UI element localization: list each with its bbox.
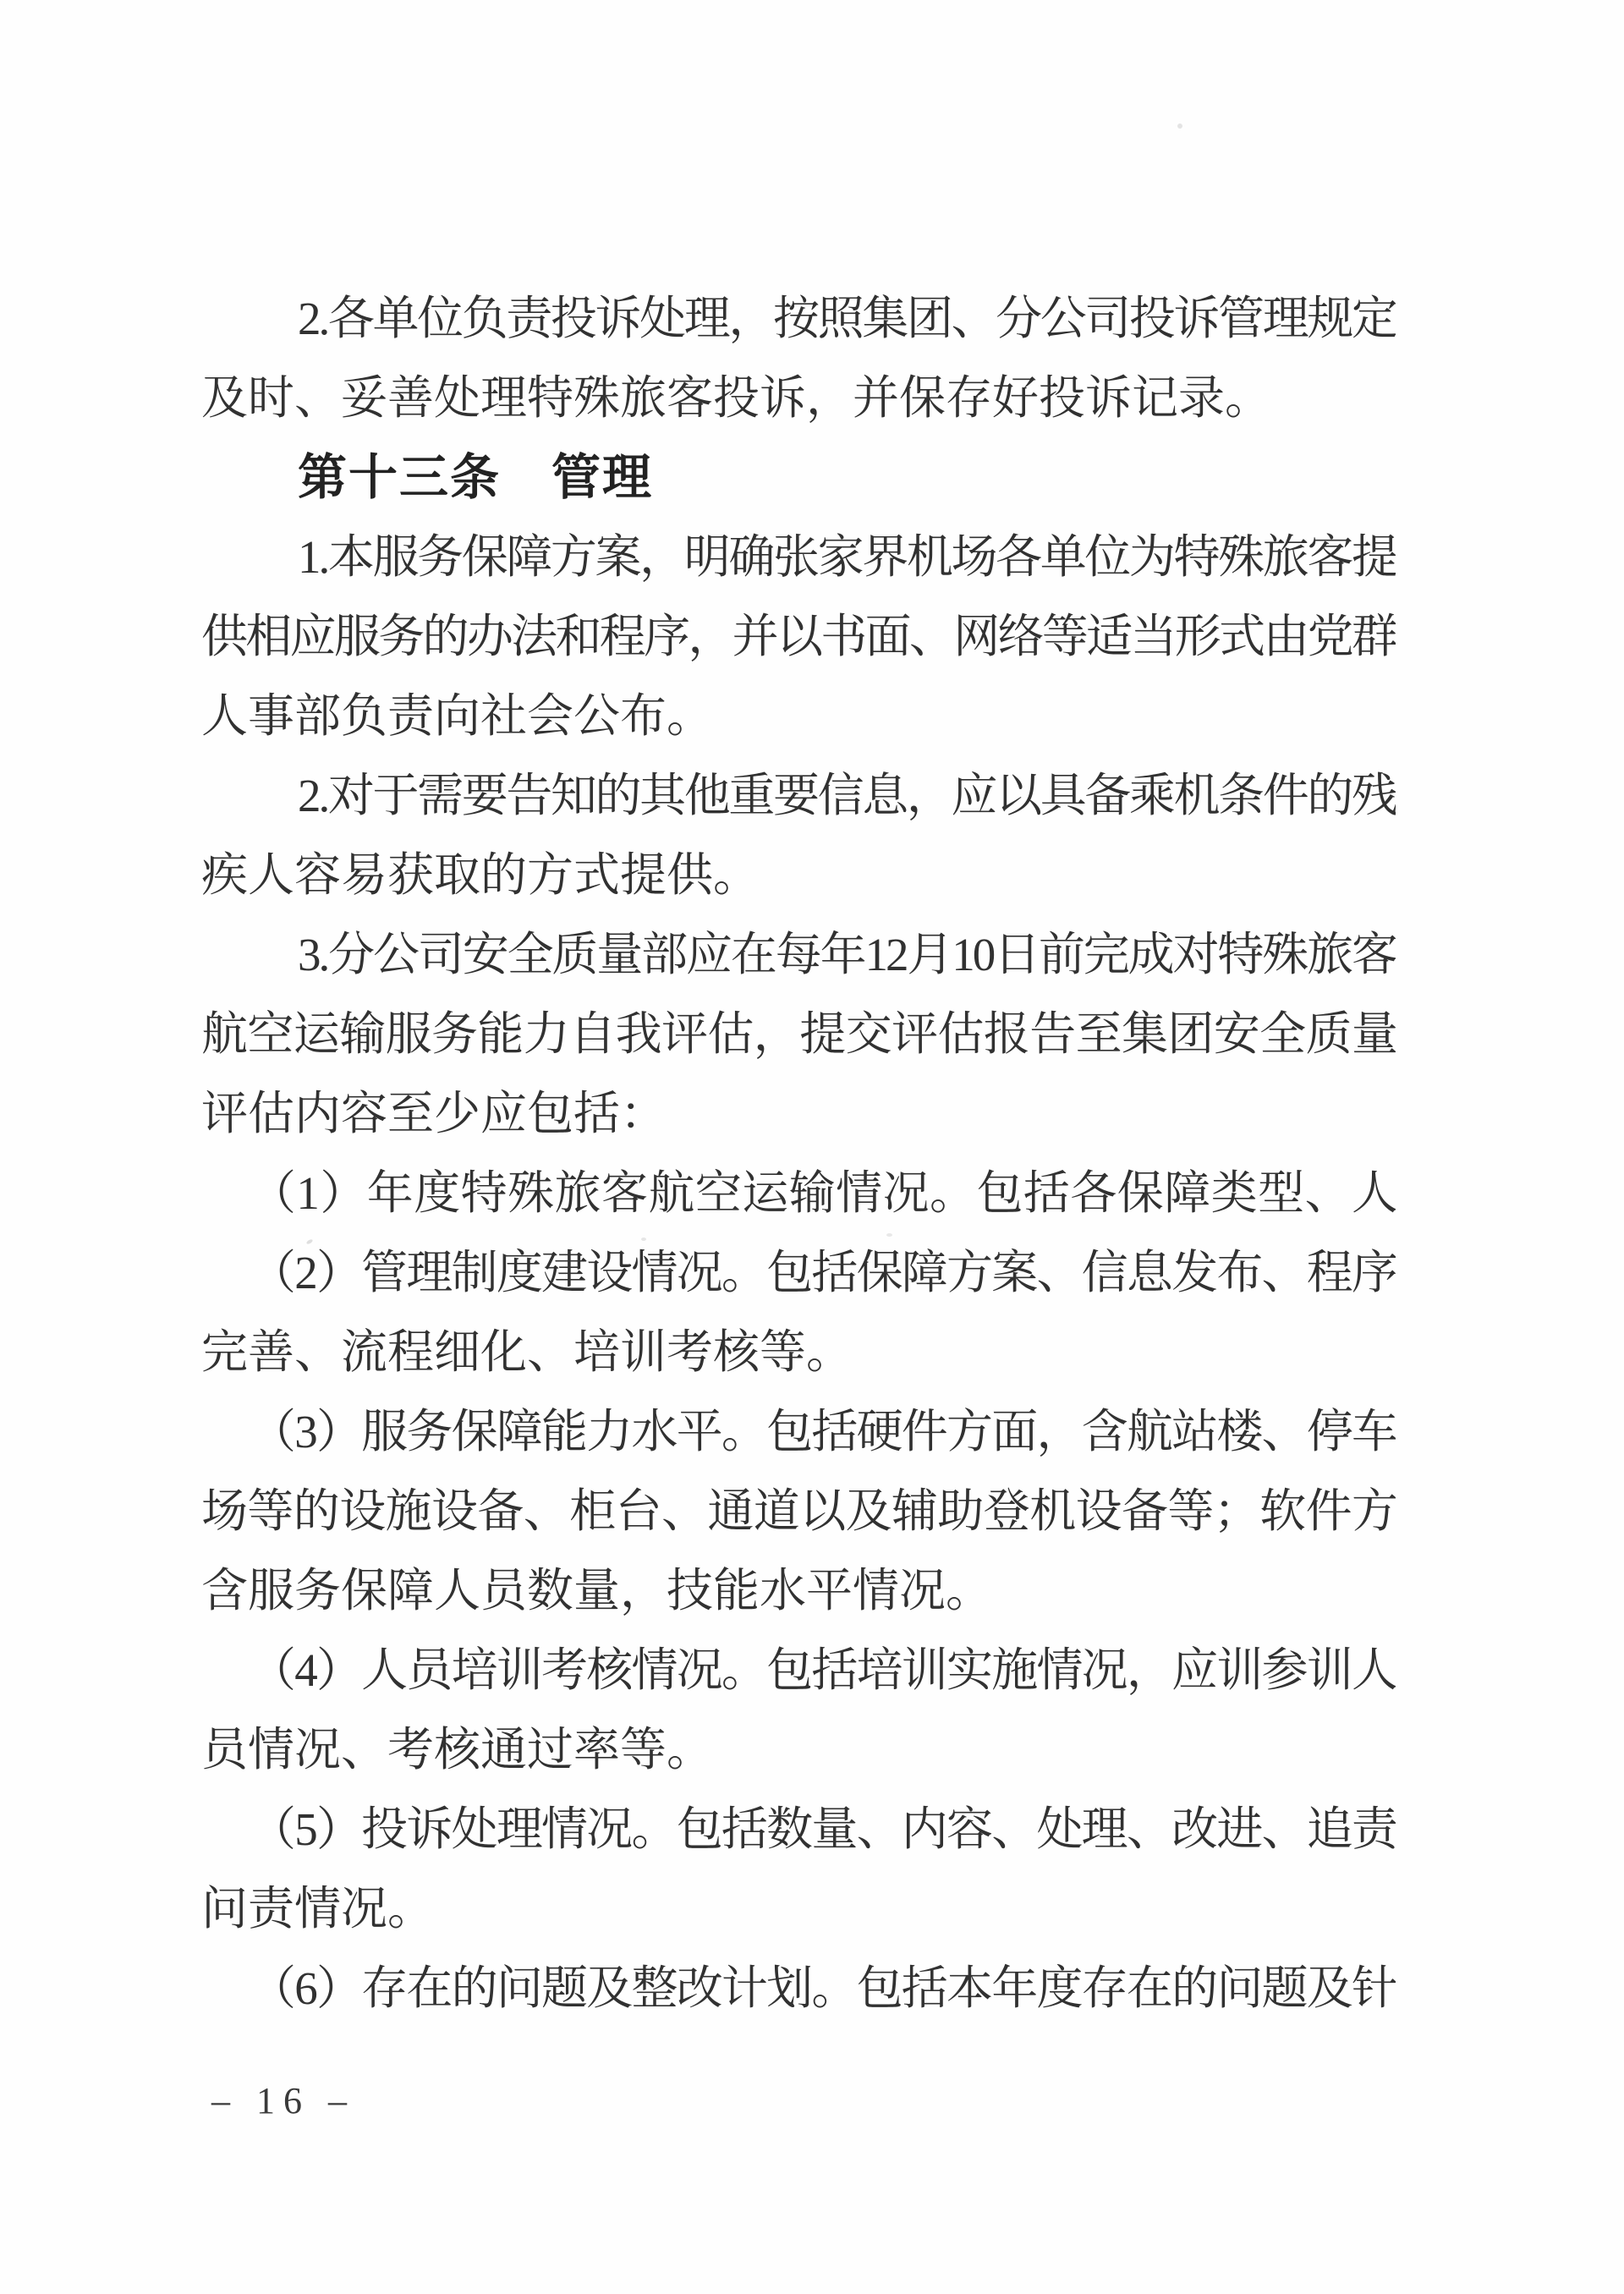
list-item-line: （6）存在的问题及整改计划。包括本年度存在的问题及针 <box>201 1949 1396 2028</box>
text-line: 员情况、考核通过率等。 <box>201 1710 1396 1790</box>
text-line: 含服务保障人员数量，技能水平情况。 <box>201 1551 1396 1631</box>
text-line: 完善、流程细化、培训考核等。 <box>201 1313 1396 1392</box>
text-line: 及时、妥善处理特殊旅客投诉，并保存好投诉记录。 <box>201 359 1396 438</box>
list-item-line: （3）服务保障能力水平。包括硬件方面，含航站楼、停车 <box>201 1392 1396 1472</box>
text-line: 1.本服务保障方案，明确张家界机场各单位为特殊旅客提 <box>201 518 1396 597</box>
text-line: 2.对于需要告知的其他重要信息，应以具备乘机条件的残 <box>201 756 1396 836</box>
scan-speck <box>641 1238 646 1241</box>
scan-speck <box>1177 123 1182 129</box>
list-item-line: （2）管理制度建设情况。包括保障方案、信息发布、程序 <box>201 1233 1396 1313</box>
text-line: 场等的设施设备、柜台、通道以及辅助登机设备等；软件方面， <box>201 1472 1396 1551</box>
list-item-line: （4）人员培训考核情况。包括培训实施情况，应训参训人 <box>201 1631 1396 1710</box>
list-item-line: （1）年度特殊旅客航空运输情况。包括各保障类型、人次。 <box>201 1154 1396 1233</box>
text-line: 2.各单位负责投诉处理，按照集团、分公司投诉管理规定 <box>201 279 1396 359</box>
text-block: 2.各单位负责投诉处理，按照集团、分公司投诉管理规定 及时、妥善处理特殊旅客投诉… <box>201 279 1396 2028</box>
text-line: 3.分公司安全质量部应在每年12月10日前完成对特殊旅客 <box>201 915 1396 995</box>
page-number: – 16 – <box>211 2079 355 2122</box>
text-line: 疾人容易获取的方式提供。 <box>201 836 1396 915</box>
document-page: 2.各单位负责投诉处理，按照集团、分公司投诉管理规定 及时、妥善处理特殊旅客投诉… <box>0 0 1624 2294</box>
text-line: 问责情况。 <box>201 1869 1396 1949</box>
section-heading: 第十三条 管理 <box>201 438 1396 518</box>
text-line: 评估内容至少应包括： <box>201 1074 1396 1154</box>
scan-speck <box>886 1233 892 1237</box>
text-line: 航空运输服务能力自我评估，提交评估报告至集团安全质量部。 <box>201 995 1396 1074</box>
text-line: 人事部负责向社会公布。 <box>201 677 1396 756</box>
text-line: 供相应服务的办法和程序，并以书面、网络等适当形式由党群 <box>201 597 1396 677</box>
list-item-line: （5）投诉处理情况。包括数量、内容、处理、改进、追责 <box>201 1790 1396 1869</box>
